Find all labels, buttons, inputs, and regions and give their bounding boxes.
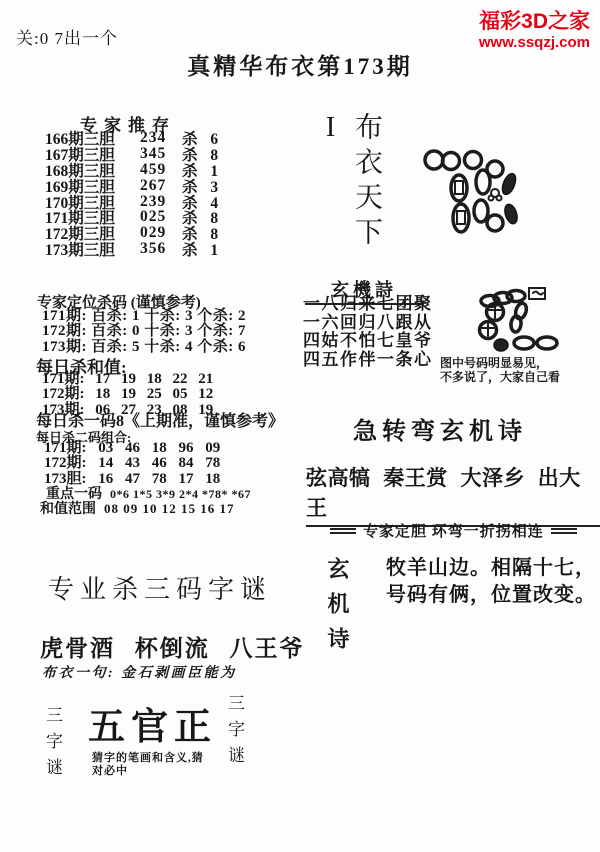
three-code-riddle-title: 专业杀三码字谜 (48, 569, 272, 606)
poem-line: 一六回归八跟从 (303, 314, 433, 333)
recommend-table: 166期三胆234杀 6 167期三胆345杀 8 168期三胆459杀 1 1… (45, 130, 218, 257)
sum-range-values: 08 09 10 12 15 16 17 (104, 501, 235, 517)
poem-line: 四姑不怕七皇爷 (303, 332, 433, 351)
double-rule-right (551, 528, 577, 534)
expert-dan-separator-text: 专家定胆 环弯一折拐相连 (363, 520, 544, 541)
mystic-poem-lines: 一八归来七团聚 一六回归八跟从 四姑不怕七皇爷 四五作伴一条心 (303, 295, 433, 369)
two-code-combo-rows: 171期: 03 46 18 96 09 172期: 14 43 46 84 7… (44, 441, 220, 487)
list-item: 172期: 14 43 46 84 78 (44, 456, 220, 471)
sketch-caption-line: 不多说了，大家自己看 (440, 371, 560, 385)
page-title: 真精华布衣第173期 (0, 48, 600, 81)
list-item: 172期: 18 19 25 05 12 (42, 387, 213, 402)
site-logo-title: 福彩3D之家 (479, 10, 590, 34)
sum-range-label: 和值范围 (40, 498, 96, 518)
period-cell: 173期三胆 (45, 238, 140, 260)
poem-line: 号码有俩，位置改变。 (386, 582, 596, 609)
poem-line: 四五作伴一条心 (303, 351, 433, 370)
sum-range-line: 和值范围 08 09 10 12 15 16 17 (40, 498, 235, 518)
dan-cell: 356 (140, 240, 182, 258)
buyi-tianxia-vertical-title: 布衣天下I (314, 112, 386, 287)
three-char-riddle-right-label: 三字谜 (222, 694, 247, 794)
poem-line: 一八归来七团聚 (303, 295, 433, 314)
sketch-caption-line: 图中号码明显易见， (440, 357, 560, 371)
expert-dan-separator: 专家定胆 环弯一折拐相连 (330, 520, 558, 541)
table-row: 173期三胆356杀 1 (45, 241, 218, 257)
double-rule-left (330, 528, 356, 534)
three-code-riddle-line: 虎骨酒 杯倒流 八王爷 (40, 630, 305, 663)
list-item: 172期: 百杀: 0 十杀: 3 个杀: 7 (42, 324, 246, 339)
buyi-sentence: 布衣一句: 金石剥画臣能为 (42, 662, 237, 682)
hand-drawn-number-sketch-2 (463, 271, 578, 356)
caption-line: 对必中 (92, 765, 204, 778)
scanned-lottery-sheet: 关:0 7出一个 福彩3D之家 www.ssqzj.com 真精华布衣第173期… (0, 0, 600, 852)
hand-drawn-number-sketch-1 (403, 126, 568, 266)
sketch-caption: 图中号码明显易见， 不多说了，大家自己看 (440, 357, 560, 384)
three-char-riddle-left-label: 三字谜 (40, 706, 65, 806)
caption-line: 猜字的笔画和含义,猜 (92, 752, 204, 765)
kill-cell: 杀 1 (182, 238, 218, 260)
top-corner-note: 关:0 7出一个 (16, 24, 118, 49)
three-char-riddle-answer: 五官正 (88, 696, 217, 750)
mystic-poem2-vertical-title: 玄机诗 (322, 557, 353, 682)
position-kill-rows: 171期: 百杀: 1 十杀: 3 个杀: 2 172期: 百杀: 0 十杀: … (42, 309, 246, 355)
sharp-turn-poem-title: 急转弯玄机诗 (315, 411, 565, 446)
sharp-turn-poem-line: 弦高犒 秦王赏 大泽乡 出大王 (306, 462, 600, 527)
mystic-poem2-lines: 牧羊山边。相隔十七， 号码有俩，位置改变。 (386, 555, 596, 609)
poem-line: 牧羊山边。相隔十七， (386, 555, 596, 582)
three-char-riddle-caption: 猜字的笔画和含义,猜 对必中 (92, 752, 204, 778)
site-logo: 福彩3D之家 www.ssqzj.com (479, 10, 590, 51)
